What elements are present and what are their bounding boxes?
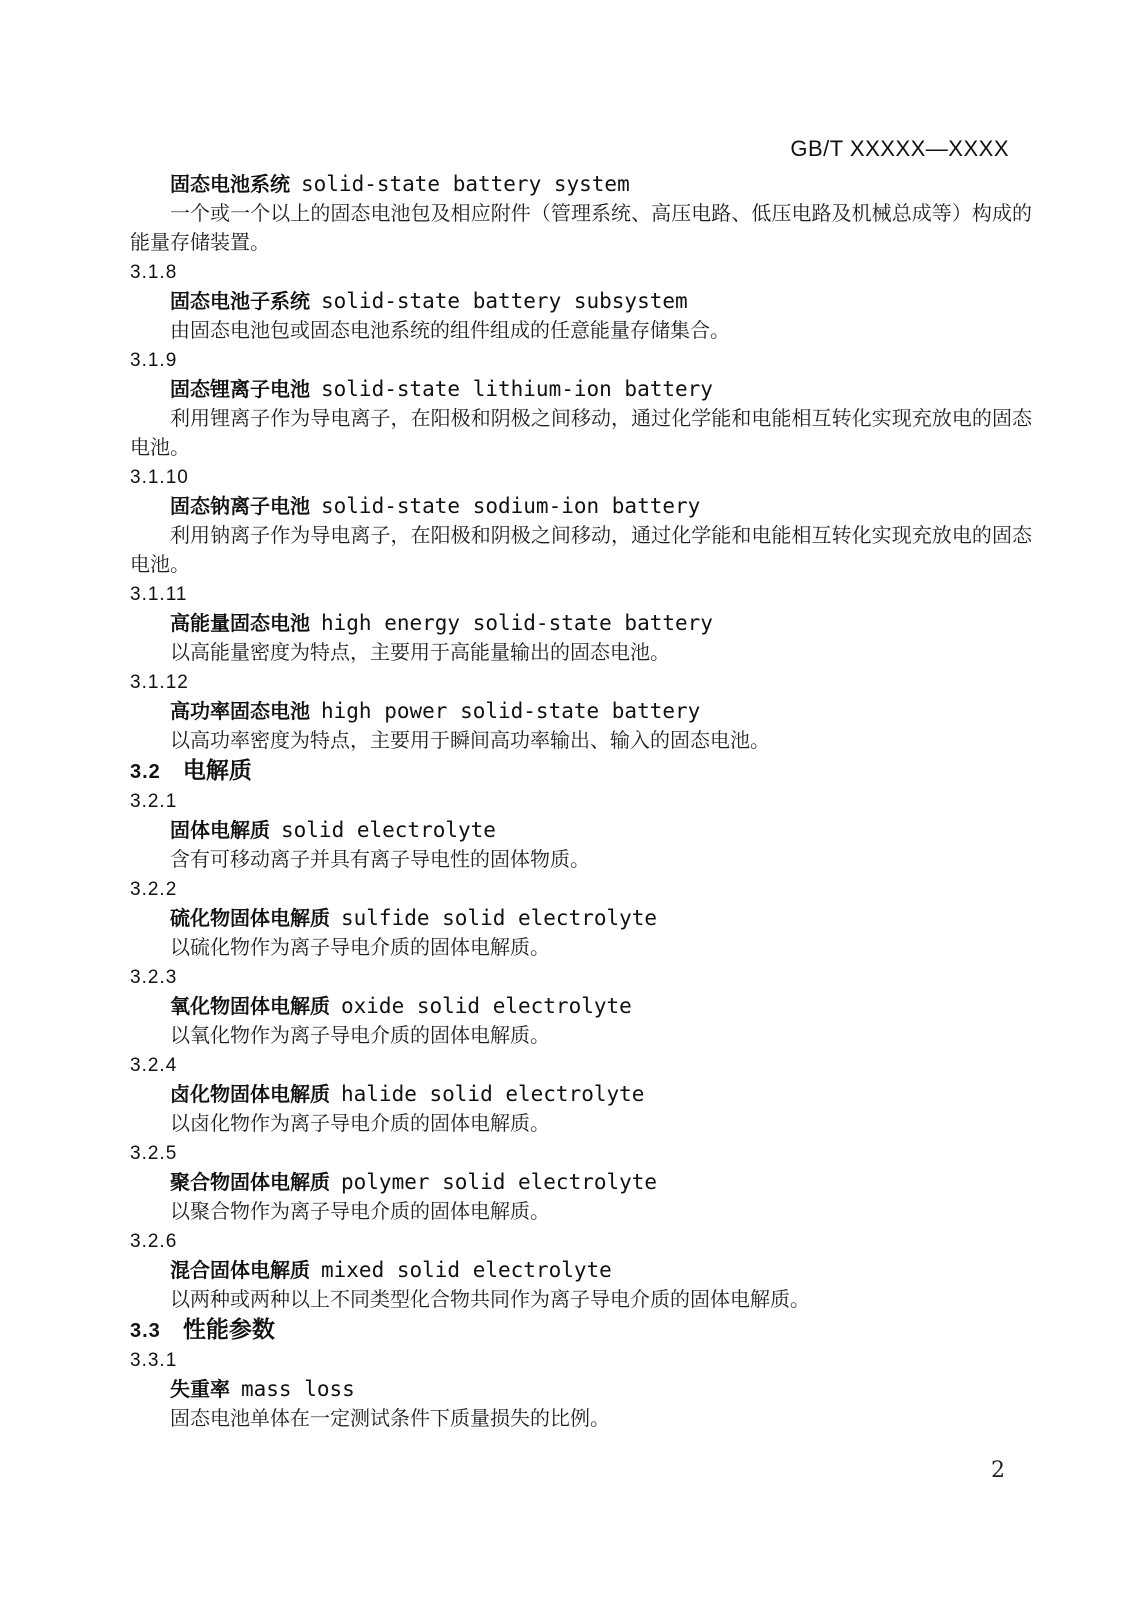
clause-number: 3.3.1	[130, 1346, 1032, 1375]
section-title: 电解质	[183, 757, 252, 783]
term-en: halide solid electrolyte	[341, 1082, 644, 1106]
term-en: high power solid-state battery	[321, 699, 700, 723]
term-zh: 氧化物固体电解质	[170, 996, 330, 1018]
definition-text: 以聚合物作为离子导电介质的固体电解质。	[130, 1198, 1032, 1227]
definition-text: 含有可移动离子并具有离子导电性的固体物质。	[130, 846, 1032, 875]
definition-text: 以高能量密度为特点，主要用于高能量输出的固态电池。	[130, 639, 1032, 668]
term-line: 高功率固态电池high power solid-state battery	[130, 697, 1032, 727]
definition-text: 利用钠离子作为导电离子，在阳极和阴极之间移动，通过化学能和电能相互转化实现充放电…	[130, 522, 1032, 580]
clause-number: 3.1.11	[130, 580, 1032, 609]
term-en: oxide solid electrolyte	[341, 994, 632, 1018]
definition-text: 以两种或两种以上不同类型化合物共同作为离子导电介质的固体电解质。	[130, 1286, 1032, 1315]
clause-number: 3.1.12	[130, 668, 1032, 697]
term-line: 高能量固态电池high energy solid-state battery	[130, 609, 1032, 639]
term-zh: 固态锂离子电池	[170, 379, 310, 401]
clause-number: 3.1.8	[130, 258, 1032, 287]
term-en: high energy solid-state battery	[321, 611, 713, 635]
page-number: 2	[991, 1458, 1005, 1483]
clause-number: 3.2.4	[130, 1051, 1032, 1080]
section-title: 性能参数	[183, 1316, 275, 1342]
term-line: 卤化物固体电解质halide solid electrolyte	[130, 1080, 1032, 1110]
term-zh: 硫化物固体电解质	[170, 908, 330, 930]
term-line: 固态电池系统solid-state battery system	[130, 170, 1032, 200]
term-en: solid electrolyte	[281, 818, 496, 842]
terms-and-definitions-body: 固态电池系统solid-state battery system 一个或一个以上…	[130, 170, 1032, 1434]
document-page: { "page": { "header": "GB/T XXXXX—XXXX",…	[0, 0, 1131, 1600]
term-line: 固体电解质solid electrolyte	[130, 816, 1032, 846]
clause-number: 3.2.3	[130, 963, 1032, 992]
definition-text: 以高功率密度为特点，主要用于瞬间高功率输出、输入的固态电池。	[130, 727, 1032, 756]
definition-text: 以氧化物作为离子导电介质的固体电解质。	[130, 1022, 1032, 1051]
definition-text: 由固态电池包或固态电池系统的组件组成的任意能量存储集合。	[130, 317, 1032, 346]
definition-text: 固态电池单体在一定测试条件下质量损失的比例。	[130, 1405, 1032, 1434]
term-zh: 固态钠离子电池	[170, 496, 310, 518]
term-zh: 高功率固态电池	[170, 701, 310, 723]
term-en: solid-state battery system	[301, 172, 630, 196]
term-en: mass loss	[241, 1377, 355, 1401]
definition-text: 以硫化物作为离子导电介质的固体电解质。	[130, 934, 1032, 963]
clause-number: 3.2.6	[130, 1227, 1032, 1256]
term-line: 聚合物固体电解质polymer solid electrolyte	[130, 1168, 1032, 1198]
section-number: 3.2	[130, 761, 161, 783]
definition-text: 利用锂离子作为导电离子，在阳极和阴极之间移动，通过化学能和电能相互转化实现充放电…	[130, 405, 1032, 463]
term-line: 固态锂离子电池solid-state lithium-ion battery	[130, 375, 1032, 405]
term-line: 混合固体电解质mixed solid electrolyte	[130, 1256, 1032, 1286]
term-line: 氧化物固体电解质oxide solid electrolyte	[130, 992, 1032, 1022]
section-heading: 3.3性能参数	[130, 1315, 1032, 1346]
term-zh: 聚合物固体电解质	[170, 1172, 330, 1194]
term-zh: 失重率	[170, 1379, 230, 1401]
clause-number: 3.2.5	[130, 1139, 1032, 1168]
clause-number: 3.2.2	[130, 875, 1032, 904]
clause-number: 3.1.10	[130, 463, 1032, 492]
term-line: 失重率mass loss	[130, 1375, 1032, 1405]
term-en: solid-state sodium-ion battery	[321, 494, 700, 518]
term-zh: 高能量固态电池	[170, 613, 310, 635]
term-line: 固态钠离子电池solid-state sodium-ion battery	[130, 492, 1032, 522]
term-en: polymer solid electrolyte	[341, 1170, 657, 1194]
definition-text: 以卤化物作为离子导电介质的固体电解质。	[130, 1110, 1032, 1139]
term-line: 硫化物固体电解质sulfide solid electrolyte	[130, 904, 1032, 934]
term-en: mixed solid electrolyte	[321, 1258, 612, 1282]
term-zh: 固态电池子系统	[170, 291, 310, 313]
term-line: 固态电池子系统solid-state battery subsystem	[130, 287, 1032, 317]
term-en: sulfide solid electrolyte	[341, 906, 657, 930]
clause-number: 3.2.1	[130, 787, 1032, 816]
clause-number: 3.1.9	[130, 346, 1032, 375]
term-zh: 固态电池系统	[170, 174, 290, 196]
term-zh: 混合固体电解质	[170, 1260, 310, 1282]
term-zh: 固体电解质	[170, 820, 270, 842]
term-zh: 卤化物固体电解质	[170, 1084, 330, 1106]
document-number-header: GB/T XXXXX—XXXX	[790, 136, 1009, 162]
term-en: solid-state battery subsystem	[321, 289, 688, 313]
section-number: 3.3	[130, 1320, 161, 1342]
definition-text: 一个或一个以上的固态电池包及相应附件（管理系统、高压电路、低压电路及机械总成等）…	[130, 200, 1032, 258]
term-en: solid-state lithium-ion battery	[321, 377, 713, 401]
section-heading: 3.2电解质	[130, 756, 1032, 787]
